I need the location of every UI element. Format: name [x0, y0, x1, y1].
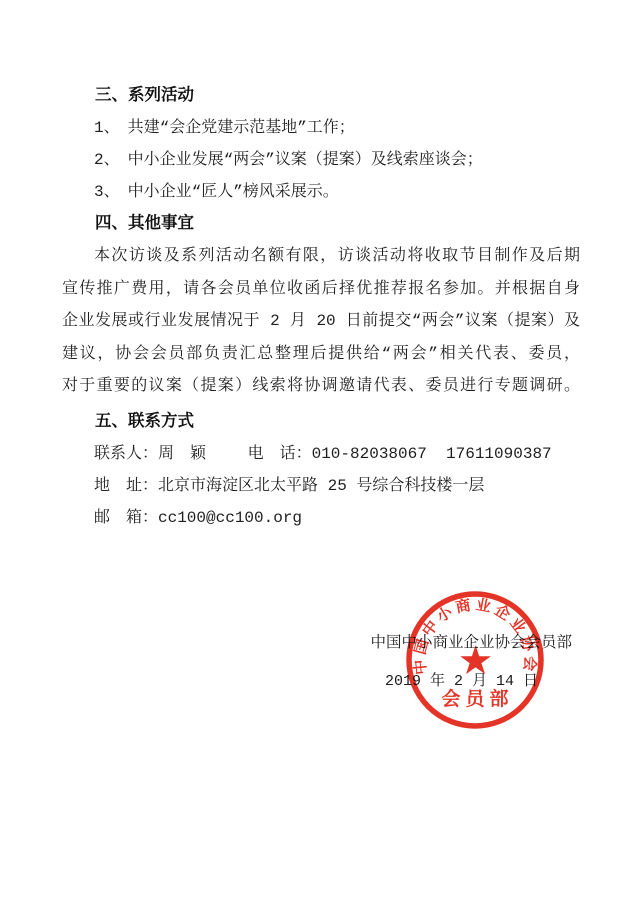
- official-seal: 中国中小商业企业协会 ★ 会员部: [400, 585, 550, 735]
- list-item-1: 1、 共建“会企党建示范基地”工作；: [62, 112, 580, 144]
- section-heading-other-matters: 四、其他事宜: [62, 208, 580, 240]
- paragraph-line-1: 本次访谈及系列活动名额有限，访谈活动将收取节目制作及后期: [62, 240, 580, 273]
- document-body: 三、系列活动 1、 共建“会企党建示范基地”工作； 2、 中小企业发展“两会”议…: [0, 0, 642, 534]
- seal-ring-circle: [409, 594, 541, 726]
- list-item-3: 3、 中小企业“匠人”榜风采展示。: [62, 176, 580, 208]
- paragraph-line-5: 对于重要的议案（提案）线索将协调邀请代表、委员进行专题调研。: [62, 370, 580, 403]
- document-page: 三、系列活动 1、 共建“会企党建示范基地”工作； 2、 中小企业发展“两会”议…: [0, 0, 642, 909]
- paragraph-line-4: 建议，协会会员部负责汇总整理后提供给“两会”相关代表、委员，: [62, 338, 580, 371]
- section-heading-contact: 五、联系方式: [62, 406, 580, 438]
- contact-person-phone: 联系人：周 颖 电 话：010-82038067 17611090387: [62, 438, 580, 470]
- section-heading-series-activities: 三、系列活动: [62, 80, 580, 112]
- contact-email: 邮 箱：cc100@cc100.org: [62, 502, 580, 534]
- paragraph-line-3: 企业发展或行业发展情况于 2 月 20 日前提交“两会”议案（提案）及: [62, 305, 580, 338]
- paragraph-line-2: 宣传推广费用，请各会员单位收函后择优推荐报名参加。并根据自身: [62, 273, 580, 306]
- signature-organization: 中国中小商业企业协会会员部: [370, 633, 572, 653]
- contact-address: 地 址：北京市海淀区北太平路 25 号综合科技楼一层: [62, 470, 580, 502]
- list-item-2: 2、 中小企业发展“两会”议案（提案）及线索座谈会；: [62, 144, 580, 176]
- signature-date: 2019 年 2 月 14 日: [385, 672, 538, 692]
